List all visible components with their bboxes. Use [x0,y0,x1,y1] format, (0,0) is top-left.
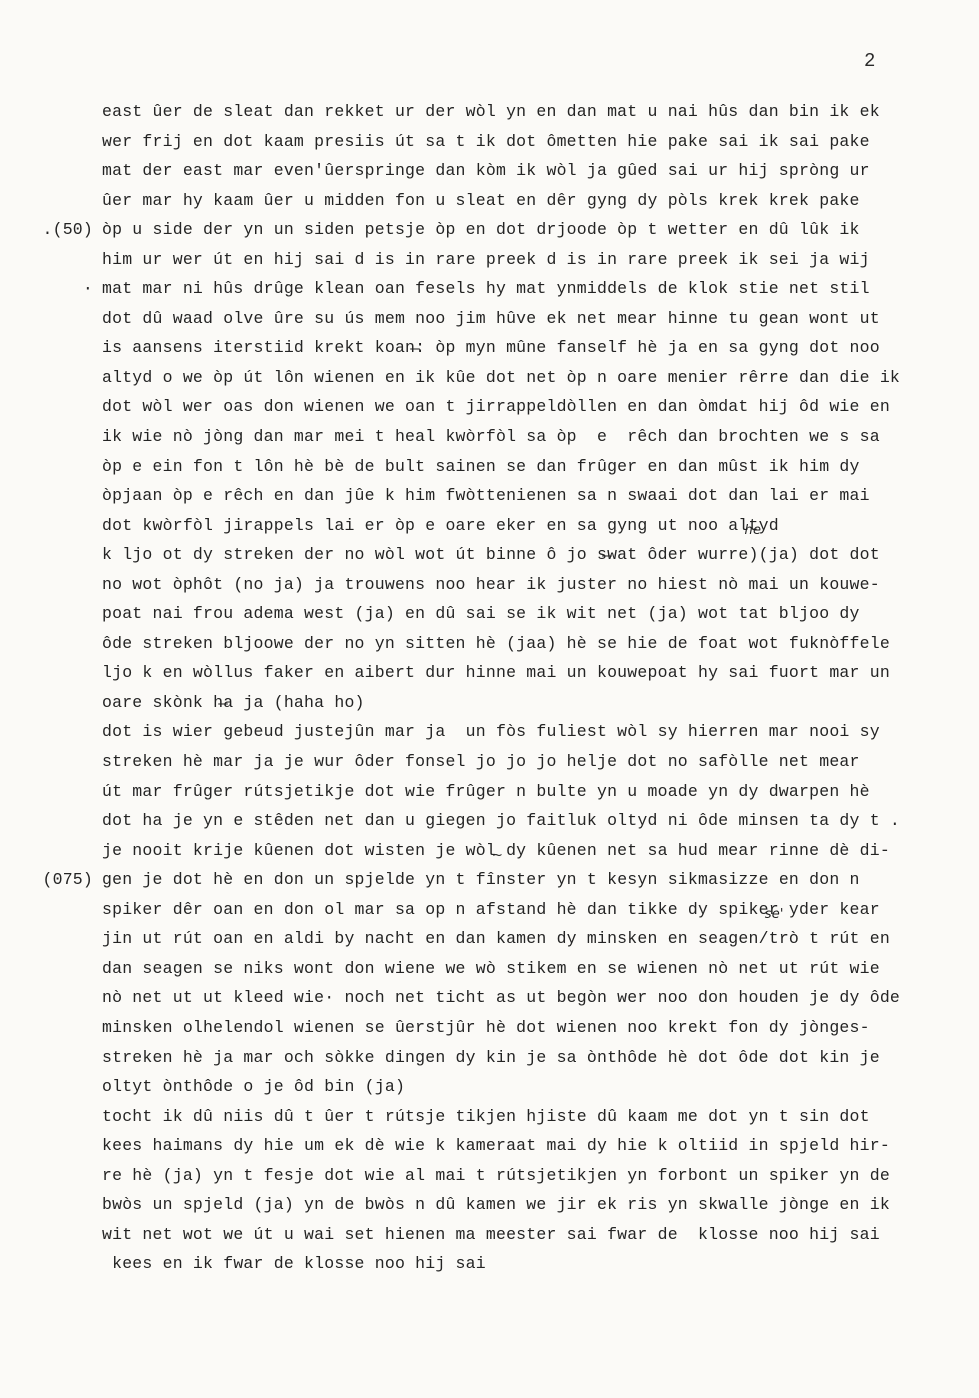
text-line: mat der east mar even'ûerspringe dan kòm… [102,156,958,186]
text-line: oltyt ònthôde o je ôd bin (ja) [102,1072,958,1102]
text-line: òp e ein fon t lôn hè bè de bult sainen … [102,452,958,482]
text-line: dot ha je yn e stêden net dan u giegen j… [102,806,958,836]
text-line: jin ut rút oan en aldi by nacht en dan k… [102,924,958,954]
text-line: him ur wer út en hij sai d is in rare pr… [102,245,958,275]
text-line: (075)gen je dot hè en don un spjelde yn … [102,865,958,895]
text-line: spiker dêr oan en don ol mar sa op n afs… [102,895,958,925]
text-line: altyd o we òp út lôn wienen en ik kûe do… [102,363,958,393]
handwritten-annotation: se' [765,900,784,930]
text-line: east ûer de sleat dan rekket ur der wòl … [102,97,958,127]
text-line: bwòs un spjeld (ja) yn de bwòs n dû kame… [102,1190,958,1220]
text-line: je nooit krije kûenen dot wisten je wòl … [102,836,958,866]
text-line: tocht ik dû niis dû t ûer t rútsje tikje… [102,1102,958,1132]
text-line: poat nai frou adema west (ja) en dû sai … [102,599,958,629]
text-line: ôde streken bljoowe der no yn sitten hè … [102,629,958,659]
text-line: streken hè ja mar och sòkke dingen dy ki… [102,1043,958,1073]
text-line: k ljo ot dy streken der no wòl wot út bi… [102,540,958,570]
text-line: wit net wot we út u wai set hienen ma me… [102,1220,958,1250]
text-line: is aansens iterstiid krekt koan̶: òp myn… [102,333,958,363]
text-line: út mar frûger rútsjetikje dot wie frûger… [102,777,958,807]
text-line: kees haimans dy hie um ek dè wie k kamer… [102,1131,958,1161]
handwritten-annotation: ~ [492,841,503,871]
text-line: oare skònk h̶a ja (haha ho) [102,688,958,718]
text-line: ik wie nò jòng dan mar mei t heal kwòrfò… [102,422,958,452]
text-line: no wot òphôt (no ja) ja trouwens noo hea… [102,570,958,600]
text-line: dot wòl wer oas don wienen we oan t jirr… [102,392,958,422]
text-line: wer frij en dot kaam presiis út sa t ik … [102,127,958,157]
text-line: minsken olhelendol wienen se ûerstjûr hè… [102,1013,958,1043]
handwritten-annotation: he [745,516,762,546]
text-line: ljo k en wòllus faker en aibert dur hinn… [102,658,958,688]
margin-marker: · [83,274,93,304]
text-line: re hè (ja) yn t fesje dot wie al mai t r… [102,1161,958,1191]
text-line: dot is wier gebeud justejûn mar ja un fò… [102,717,958,747]
text-line: ·mat mar ni hûs drûge klean oan fesels h… [102,274,958,304]
margin-marker: (075) [42,865,93,895]
text-line: nò net ut ut kleed wie· noch net ticht a… [102,983,958,1013]
text-line: òpjaan òp e rêch en dan jûe k him fwòtte… [102,481,958,511]
text-line: dot kwòrfòl jirappels lai er òp e oare e… [102,511,958,541]
text-line: .(50)òp u side der yn un siden petsje òp… [102,215,958,245]
text-line: kees en ik fwar de klosse noo hij sai [102,1249,958,1279]
margin-marker: .(50) [42,215,93,245]
text-line: streken hè mar ja je wur ôder fonsel jo … [102,747,958,777]
text-line: ûer mar hy kaam ûer u midden fon u sleat… [102,186,958,216]
text-block: east ûer de sleat dan rekket ur der wòl … [102,97,958,1279]
text-line: dan seagen se niks wont don wiene we wò … [102,954,958,984]
page-number: 2 [864,50,875,72]
document-page: 2 east ûer de sleat dan rekket ur der wò… [0,0,979,1398]
text-line: dot dû waad olve ûre su ús mem noo jim h… [102,304,958,334]
